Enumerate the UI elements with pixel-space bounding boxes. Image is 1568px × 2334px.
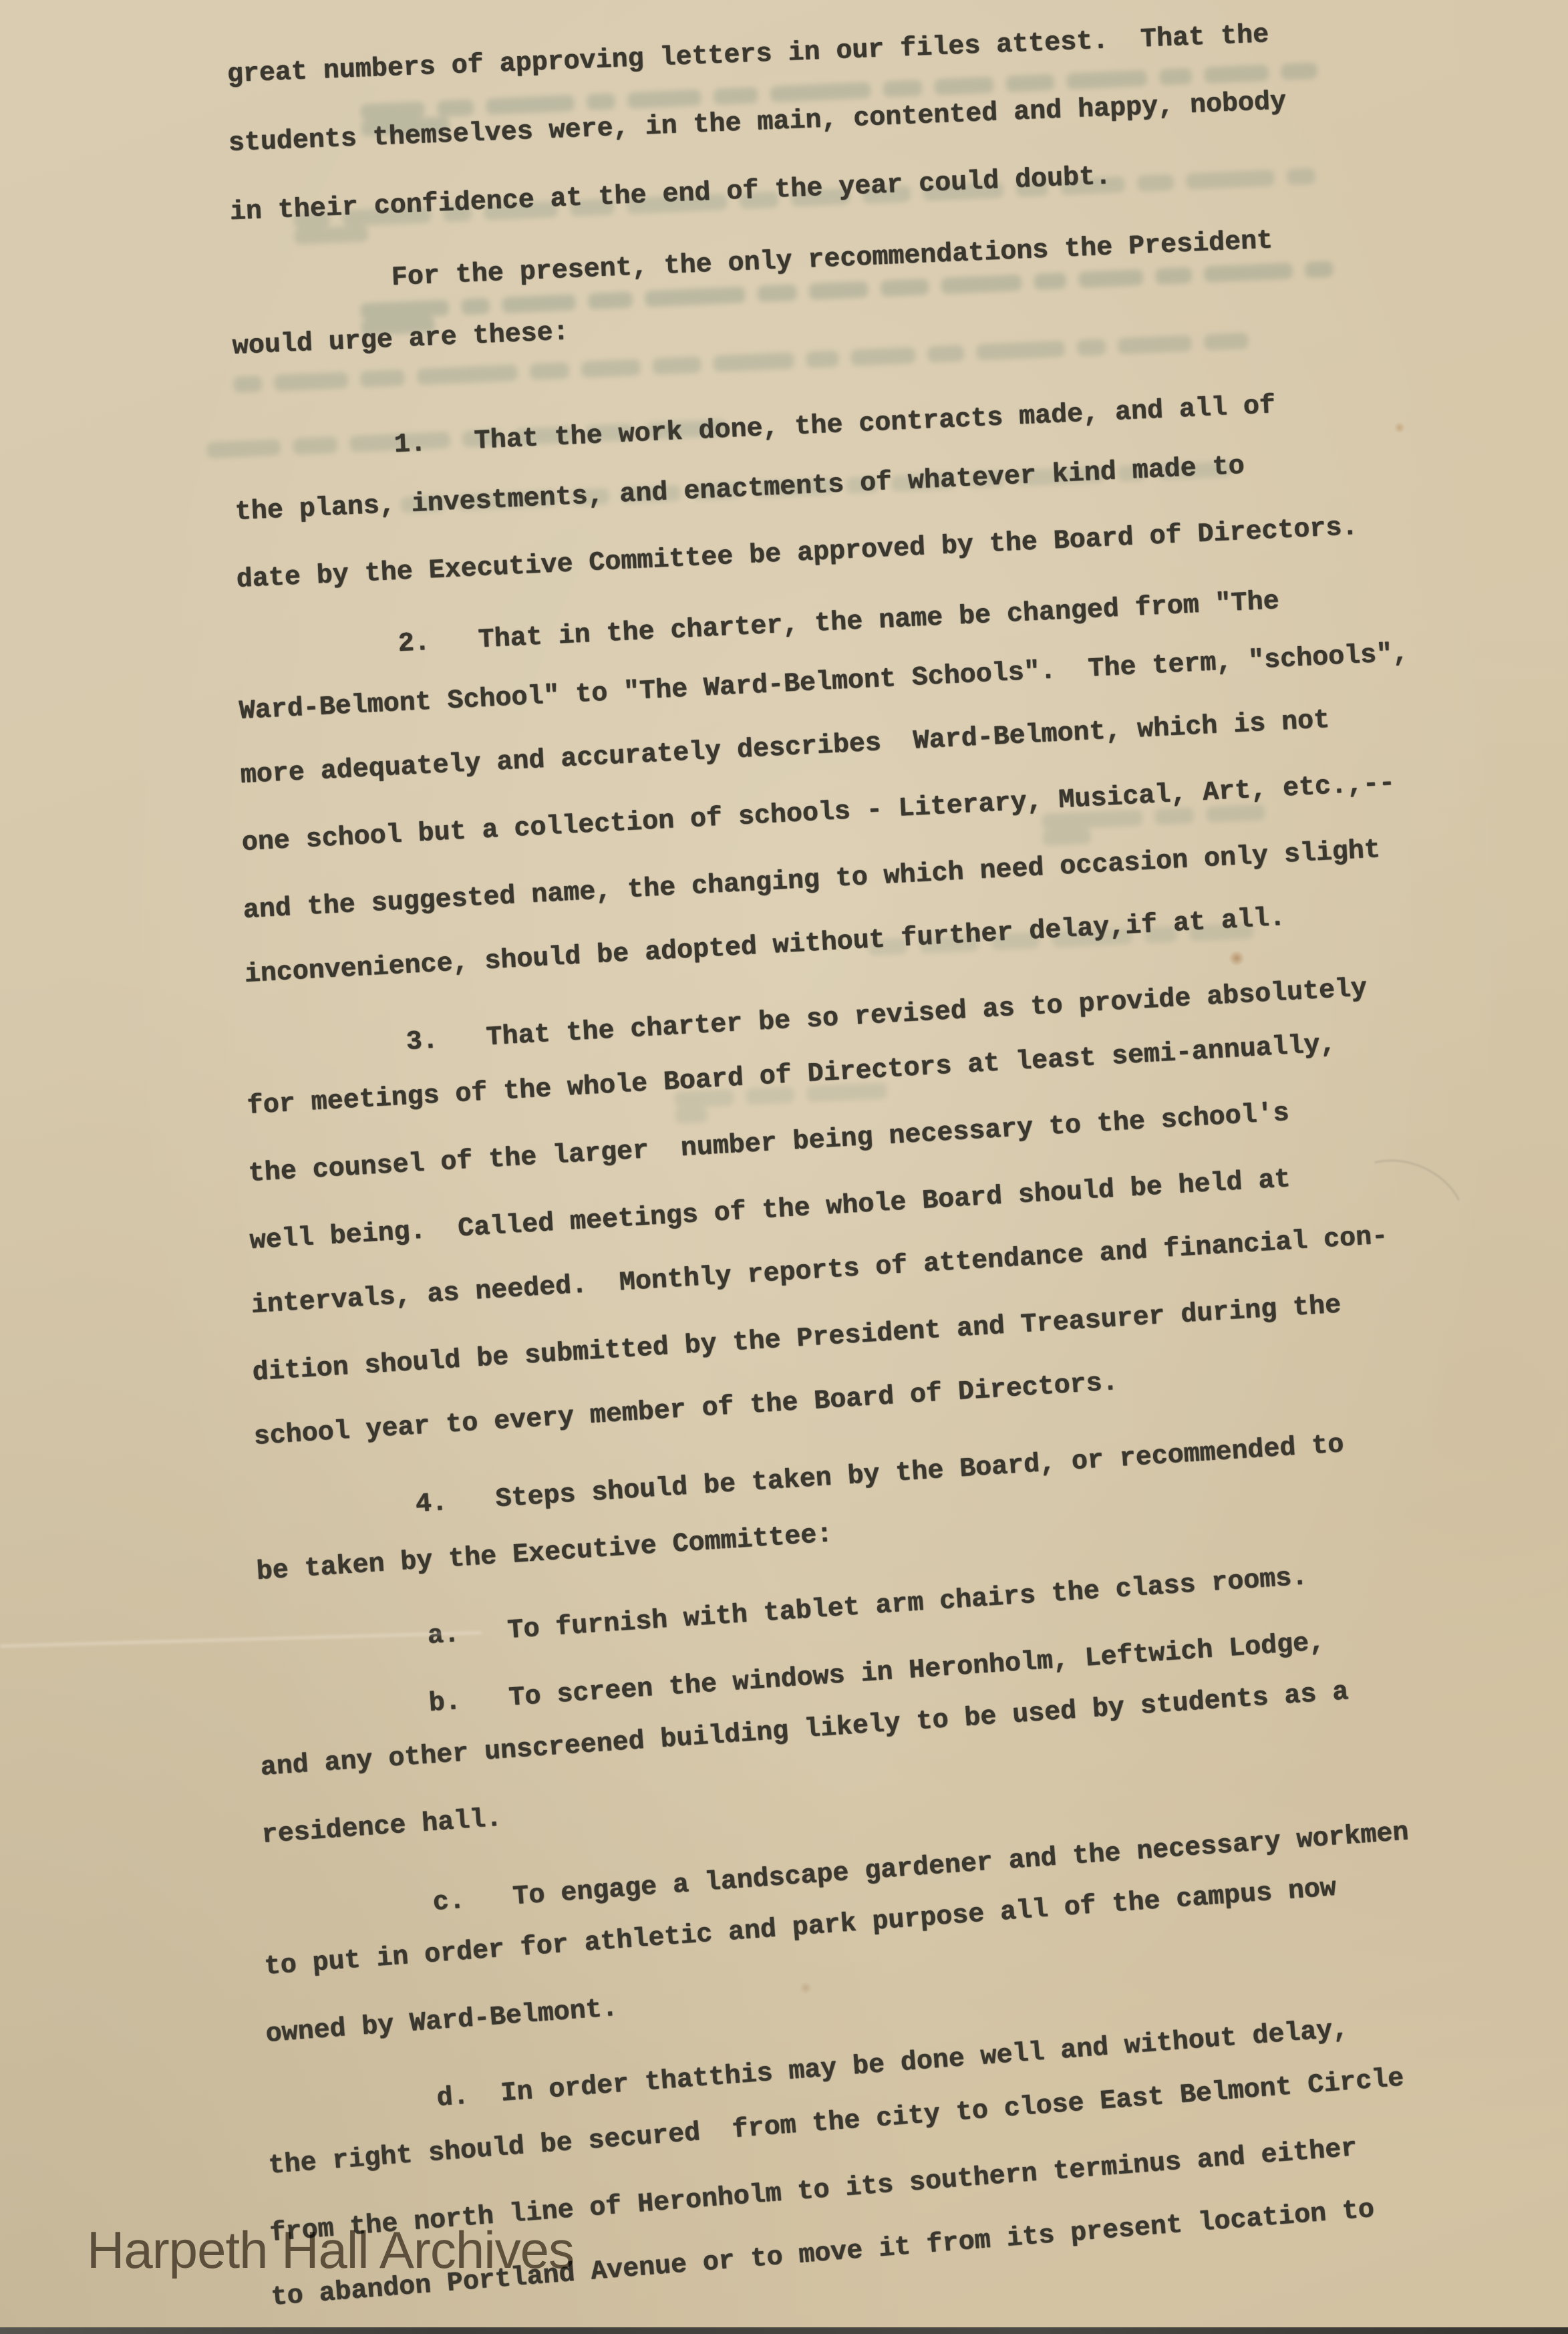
typed-line: 4. Steps should be taken by the Board, o… [414, 1429, 1345, 1522]
typed-line: would urge are these: [232, 316, 570, 364]
crease-line [0, 1632, 481, 1647]
typed-line: 1. That the work done, the contracts mad… [394, 390, 1276, 462]
document-page: great numbers of approving letters in ou… [0, 0, 1568, 2334]
scan-edge [0, 2327, 1568, 2334]
typed-line: be taken by the Executive Committee: [255, 1518, 834, 1590]
typed-line: the plans, investments, and enactments o… [234, 450, 1245, 530]
stain [1394, 422, 1406, 433]
typed-line: date by the Executive Committee be appro… [236, 511, 1359, 597]
stain [799, 1982, 812, 1994]
typed-line: in their confidence at the end of the ye… [229, 160, 1112, 230]
typed-line: residence hall. [261, 1803, 503, 1853]
archive-watermark: Harpeth Hall Archives [87, 2220, 574, 2281]
stain [1228, 951, 1245, 966]
typed-line: owned by Ward-Belmont. [265, 1993, 619, 2052]
